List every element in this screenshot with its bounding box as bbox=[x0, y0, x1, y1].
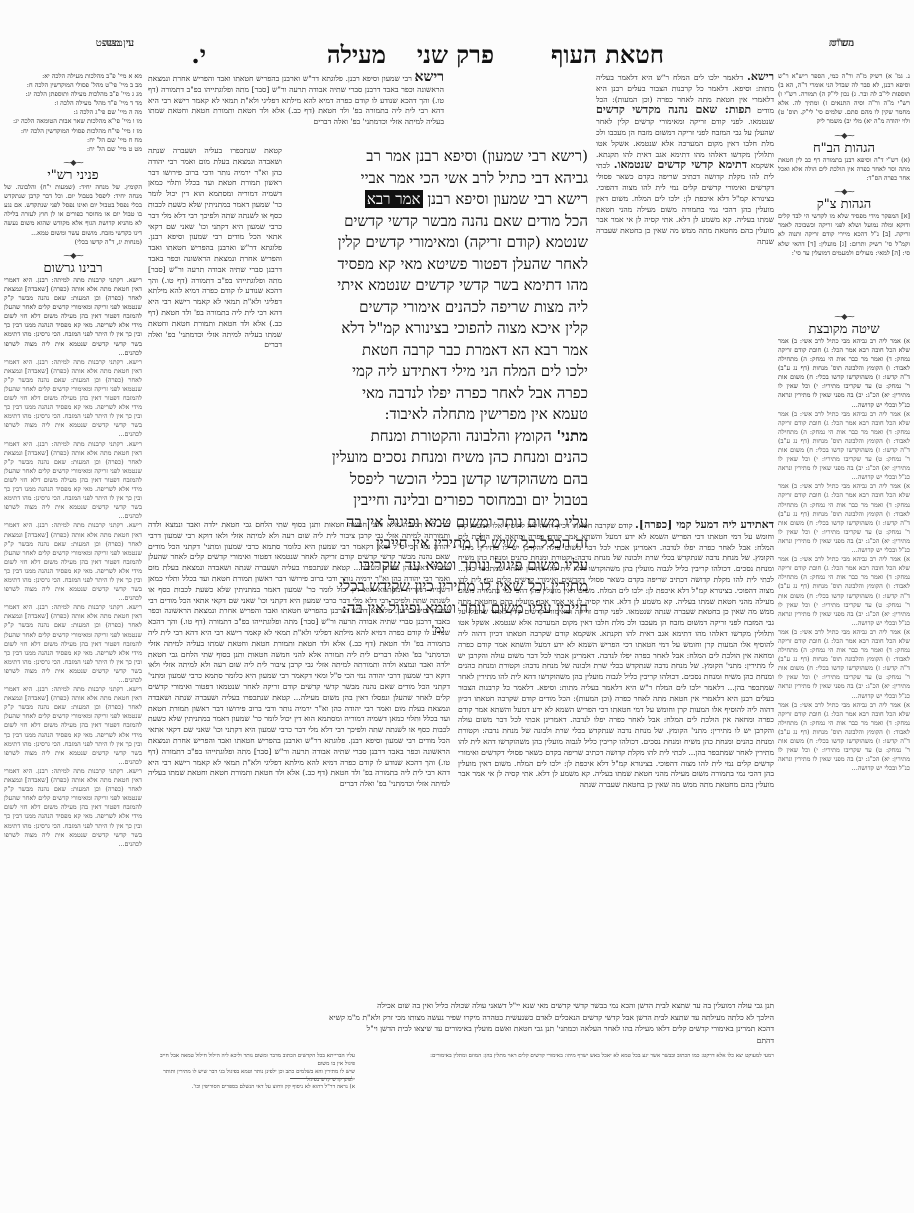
tosafot-top: רישא רבי שמעון וסיפא רבנן. פלוגתא דר"ש ו… bbox=[148, 72, 444, 146]
gemara-line: לאחר שהעלן דפטור פשיטא מאי קא מפסיד bbox=[288, 254, 588, 276]
footnote-rule bbox=[290, 1078, 352, 1079]
tosafot-text-1: רבי שמעון וסיפא רבנן. פלוגתא דר"ש וארבנן… bbox=[148, 74, 444, 126]
tosafot-continued: לית ליה תמורה אלא להני חמשה חטאות ותנן ב… bbox=[148, 520, 450, 1000]
chapter-number: פרק שני bbox=[417, 40, 494, 70]
shita-mekubetzet-text-cont: א) אמר ליה רב גביהא מבי כתיל לרב אשי: ב)… bbox=[778, 482, 910, 555]
gemara-line: ילכו לים המלח הני מילי דאתידע ליה קמי bbox=[288, 361, 588, 383]
closing-line: דהתם bbox=[148, 1035, 774, 1047]
gemara-line: בטבול יום ובמחוסר כפורים ובלינה וחייבין bbox=[288, 490, 588, 512]
ornament-divider: ⁓◆⁓ bbox=[4, 251, 142, 260]
hagahot-tzk-title: הגהות צ"ק bbox=[778, 200, 910, 209]
ornament-divider: ⁓◆⁓ bbox=[778, 187, 910, 196]
masoret-title-2: הש"ס bbox=[831, 38, 854, 49]
ein-mishpat-entry: מח ח מיי' שם הל' יח: bbox=[4, 136, 142, 145]
rashi-cont-lead: דאתידע ליה דמעל קמי [כפרה]. bbox=[635, 520, 774, 531]
tosafot-lead-1: רישא bbox=[415, 72, 444, 85]
ein-mishpat-entry: מז ז מיי' פי"ח מהלכות פסולי המוקדשין הלכ… bbox=[4, 127, 142, 136]
gemara-line: כהנים ומנחת כהן משיח ומנחת נסכים מועלין bbox=[288, 447, 588, 469]
rabbeinu-gershom-text-cont: רישא. רקתני קרבנות מתה למיתה: רבנן. היא … bbox=[4, 440, 142, 522]
shita-mekubetzet-text: א) אמר ליה רב גביהא מבי כתיל לרב אשי: ב)… bbox=[778, 337, 910, 410]
right-margin: נ. גמ' א) רשיק מ"ה ור"ה כמי, הספר ריש"א … bbox=[778, 72, 910, 1072]
gemara-line: ליה מצות שריפה לכהנים אימורי קדשים bbox=[288, 297, 588, 319]
gemara-line: כפרה אבל לאחר כפרה יפלו לנדבה מאי bbox=[288, 383, 588, 405]
ornament-divider: ⁓◆⁓ bbox=[778, 312, 910, 321]
highlighted-phrase[interactable]: אמר רבא bbox=[365, 190, 423, 208]
footnote-right-pre: רמעי למעוקט יצא כלו אלא דרקט: bbox=[701, 1053, 774, 1059]
ein-mishpat-entry: מג ג מיי' פ"ב מהלכות מעילה ותוספתן הלכה … bbox=[4, 90, 142, 99]
ornament-divider: ⁓◆⁓ bbox=[4, 158, 142, 167]
footnote-right: רמעי למעוקט יצא כלו אלא דרקט: כמו הכתוב … bbox=[370, 1052, 774, 1060]
ornament-divider: ⁓◆⁓ bbox=[778, 131, 910, 140]
ein-mishpat-list: מא א מיי' פ"ב מהלכות מעילה הלכה יא: מב ב… bbox=[4, 72, 142, 154]
pninei-rashi-source: (מנחות יג, ד"ה קדשו בכלי) bbox=[4, 238, 142, 247]
shita-mekubetzet-text-cont: א) אמר ליה רב גביהא מבי כתיל לרב אשי: ב)… bbox=[778, 628, 910, 701]
pninei-rashi-title: פניני רש"י bbox=[4, 171, 142, 180]
shita-mekubetzet-text-cont: א) אמר ליה רב גביהא מבי כתיל לרב אשי: ב)… bbox=[778, 701, 910, 774]
gemara-line-text: הקומץ והלבונה והקטורת ומנחת bbox=[371, 427, 552, 445]
tractate-name: מעילה bbox=[327, 40, 386, 70]
tosafot-text-2: קטאת שנתכפרו בעליה ושעברה שנתה ושאבדה ונ… bbox=[148, 146, 282, 241]
rashi-column: רישא. דלאמר ילכו לים המלח ר"ש היא דלאמר … bbox=[596, 72, 774, 522]
chapter-name: חטאת העוף bbox=[551, 40, 664, 70]
rabbeinu-gershom-text-cont: רישא. רקתני קרבנות מתה למיתה: רבנן. היא … bbox=[4, 521, 142, 603]
tosafot-column: קטאת שנתכפרו בעליה ושעברה שנתה ושאבדה ונ… bbox=[148, 146, 282, 516]
hagahot-bach-text: (א) רש"י ד"ה וסיפא רבנן בתמורה דף כב לין… bbox=[778, 156, 910, 183]
rashi-lead-1: רישא. bbox=[747, 72, 774, 83]
closing-line: תנן גבי עולה דמועלין בה עד שתצא לבית הדש… bbox=[148, 1000, 774, 1012]
left-margin: מא א מיי' פ"ב מהלכות מעילה הלכה יא: מב ב… bbox=[4, 72, 142, 1072]
gemara-line: הכל מודים שאם נהנה מבשר קדשי קדשים bbox=[288, 211, 588, 233]
rabbeinu-gershom-text-cont: רישא. רקתני קרבנות מתה למיתה: רבנן. היא … bbox=[4, 358, 142, 440]
gemara-line: (רישא רבי שמעון) וסיפא רבנן אמר רב bbox=[288, 146, 588, 168]
gemara-line: שנטמא (קודם זריקה) ומאימורי קדשים קלין bbox=[288, 232, 588, 254]
gemara-line: מהו דתימא בשר קדשי קדשים שנטמא איתי bbox=[288, 275, 588, 297]
rabbeinu-gershom-text: רישא. רקתני קרבנות מתה למיתה: רבנן. היא … bbox=[4, 276, 142, 358]
rabbeinu-gershom-title: רבינו גרשום bbox=[4, 264, 142, 273]
gemara-line: רישא רבי שמעון וסיפא רבנן אמר רבא bbox=[288, 189, 588, 211]
gemara-line: טעמא אין מפרישין מתחלה לאיבוד: bbox=[288, 404, 588, 426]
shita-mekubetzet-title: שיטה מקובצת bbox=[778, 325, 910, 334]
daf-number: י. bbox=[191, 40, 206, 70]
gemara-line: מתני' הקומץ והלבונה והקטורת ומנחת bbox=[288, 426, 588, 448]
ein-mishpat-entry: מה ה מיי' שם פי"ג הלכה ג: bbox=[4, 108, 142, 117]
gemara-line: בהם משהוקדשו קדשן בכלי הוכשר ליפסל bbox=[288, 469, 588, 491]
tosafot-cont-text: רבי שמעון וסיפא רבנן. פלוגתא דר"ש וארבנן… bbox=[148, 736, 450, 788]
ein-mishpat-entry: מט ט מיי' שם הל' יח: bbox=[4, 145, 142, 154]
footnote-right-text: כמו הכתוב ובבשר אשר יגע בכל טמא לא יאכל … bbox=[430, 1053, 699, 1059]
shita-mekubetzet-text-cont: א) אמר ליה רב גביהא מבי כתיל לרב אשי: ב)… bbox=[778, 555, 910, 628]
pninei-rashi-text: הקומץ. של מנחה יחיד: (שמעות י"ח) והלבונה… bbox=[4, 183, 142, 238]
gemara-line: גביהא דבי כתיל לרב אשי הכי אמר אביי bbox=[288, 168, 588, 190]
masoret-hashas-text: נ. גמ' א) רשיק מ"ה ור"ה כמי, הספר ריש"א … bbox=[778, 72, 910, 127]
ein-mishpat-entry: מד ד מיי' פ"ד מהל' מעילה הלכה ז: bbox=[4, 99, 142, 108]
footnote-left: עליו הברייתא בכל הקדשים הכתוב מדבר ומשום… bbox=[150, 1052, 355, 1084]
footnote-left-line: עליו הברייתא בכל הקדשים הכתוב מדבר ומשום… bbox=[150, 1052, 355, 1068]
ein-mishpat-entry: מב ב מיי' פי"ט מהל' פסולי המוקדשין הלכה … bbox=[4, 81, 142, 90]
shita-mekubetzet-text-cont: א) אמר ליה רב גביהא מבי כתיל לרב אשי: ב)… bbox=[778, 410, 910, 483]
rashi-text-3: לכתי לית להו מקלת קדושה דכתיב שריפה בקדם… bbox=[596, 161, 774, 246]
page-header: מסורת הש"ס חטאת העוף פרק שני מעילה י. עי… bbox=[0, 38, 914, 74]
gemara-line-text: רישא רבי שמעון וסיפא רבנן bbox=[427, 190, 588, 208]
closing-line: דהכא תמרינן באימורי קדשים קלים דלאו מעיל… bbox=[148, 1023, 774, 1035]
hagahot-tzk-text: [א] המפקר מידי מפסיד שלא מו לקדשי הי לבד… bbox=[778, 212, 910, 257]
tosafot-text-1-cont: רבי שמעון וסיפא רבנן. פלוגתא דר"ש וארבנן… bbox=[148, 232, 282, 349]
ein-mishpat-entry: מא א מיי' פ"ב מהלכות מעילה הלכה יא: bbox=[4, 72, 142, 81]
closing-line: הילכך לא כלתה מעילתה עד שתצא לבית הדשן א… bbox=[148, 1012, 774, 1024]
rashi-lead-3: דתימא קדשי קדשים שנטמאו. bbox=[614, 158, 747, 171]
rabbeinu-gershom-text-cont: רישא. רקתני קרבנות מתה למיתה: רבנן. היא … bbox=[4, 603, 142, 685]
rabbeinu-gershom-text-cont: רישא. רקתני קרבנות מתה למיתה: רבנן. היא … bbox=[4, 767, 142, 849]
ner-mitzvah-title: נר מצוה bbox=[103, 38, 134, 49]
tosafot-closing: תנן גבי עולה דמועלין בה עד שתצא לבית הדש… bbox=[148, 1000, 774, 1052]
rabbeinu-gershom-text-cont: רישא. רקתני קרבנות מתה למיתה: רבנן. היא … bbox=[4, 685, 142, 767]
gemara-line: קלין איכא מצוה להפוכי בצינורא קמ"ל דלא bbox=[288, 318, 588, 340]
rashi-lead-2: תפות: שאם נהנה מקדשי קדשים bbox=[596, 103, 751, 116]
mishnah-marker: מתני' bbox=[557, 427, 588, 445]
footnote-bottom: א) נראה דר"ל דהוא לא ניסוף קק ווחוצ על ד… bbox=[150, 1083, 355, 1091]
rashi-continued: דאתידע ליה דמעל קמי [כפרה]. קודם שקרבה ח… bbox=[458, 520, 774, 1000]
hagahot-bach-title: הגהות הב"ח bbox=[778, 144, 910, 153]
ein-mishpat-entry: מו ו מיי' פי"א מהלכות שאר אבות הטומאה הל… bbox=[4, 117, 142, 126]
gemara-line: אמר רבא הא דאמרת כבר קרבה חטאת bbox=[288, 340, 588, 362]
footnote-left-line: שיש לו מתירין והא בשלמים כתב וכן ילפינן … bbox=[150, 1068, 355, 1084]
